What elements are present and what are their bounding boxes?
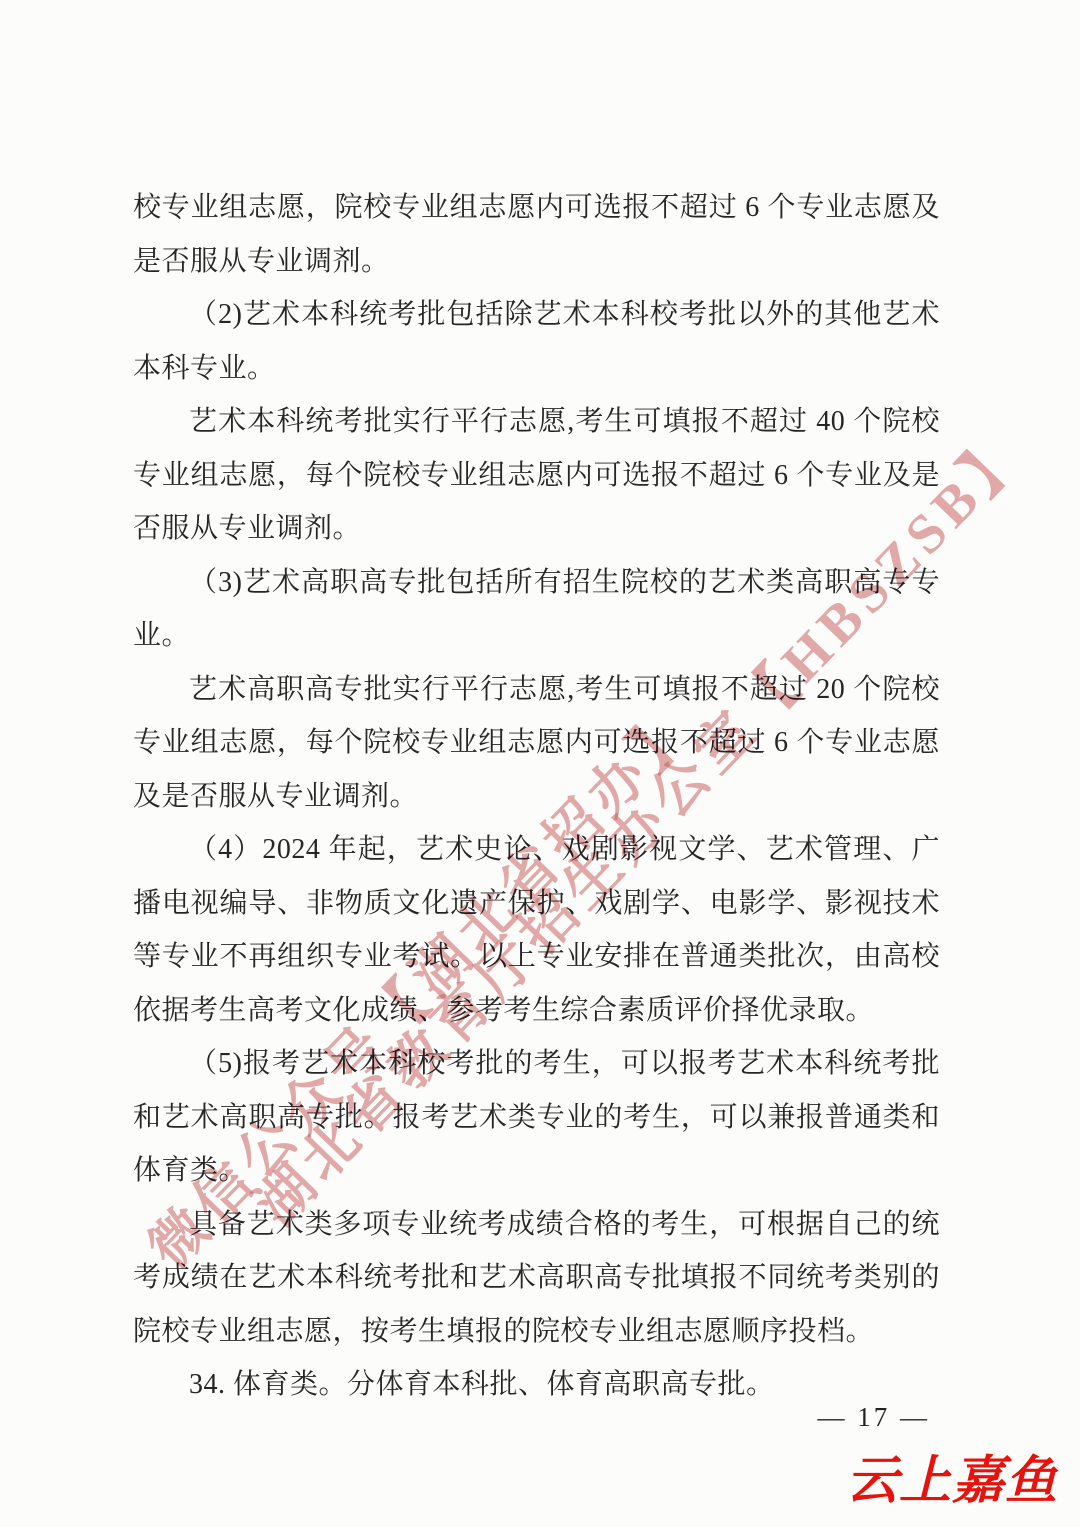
text-line: 依据考生高考文化成绩、参考考生综合素质评价择优录取。 xyxy=(133,984,940,1038)
text-line: 播电视编导、非物质文化遗产保护、戏剧学、电影学、影视技术 xyxy=(133,877,940,931)
page-number: — 17 — xyxy=(818,1402,931,1433)
site-logo-text: 云上嘉鱼 xyxy=(846,1438,1058,1513)
text-line: 和艺术高职高专批。报考艺术类专业的考生，可以兼报普通类和 xyxy=(133,1091,940,1145)
text-line: 院校专业组志愿，按考生填报的院校专业组志愿顺序投档。 xyxy=(133,1305,940,1359)
text-line: 业。 xyxy=(133,609,940,663)
text-line: 具备艺术类多项专业统考成绩合格的考生，可根据自己的统 xyxy=(133,1198,940,1252)
text-line: （2)艺术本科统考批包括除艺术本科校考批以外的其他艺术 xyxy=(133,288,940,342)
text-line: （3)艺术高职高专批包括所有招生院校的艺术类高职高专专 xyxy=(133,556,940,610)
text-line: 本科专业。 xyxy=(133,342,940,396)
text-line: 艺术高职高专批实行平行志愿,考生可填报不超过 20 个院校 xyxy=(133,663,940,717)
text-line: 等专业不再组织专业考试。以上专业安排在普通类批次，由高校 xyxy=(133,930,940,984)
text-line: （5)报考艺术本科校考批的考生，可以报考艺术本科统考批 xyxy=(133,1037,940,1091)
text-line: （4）2024 年起，艺术史论、戏剧影视文学、艺术管理、广 xyxy=(133,823,940,877)
text-line: 专业组志愿，每个院校专业组志愿内可选报不超过 6 个专业志愿 xyxy=(133,716,940,770)
text-line: 考成绩在艺术本科统考批和艺术高职高专批填报不同统考类别的 xyxy=(133,1251,940,1305)
document-page: 校专业组志愿，院校专业组志愿内可选报不超过 6 个专业志愿及是否服从专业调剂。（… xyxy=(0,0,1080,1527)
text-line: 否服从专业调剂。 xyxy=(133,502,940,556)
text-line: 专业组志愿，每个院校专业组志愿内可选报不超过 6 个专业及是 xyxy=(133,449,940,503)
text-line: 艺术本科统考批实行平行志愿,考生可填报不超过 40 个院校 xyxy=(133,395,940,449)
text-line: 体育类。 xyxy=(133,1144,940,1198)
text-line: 是否服从专业调剂。 xyxy=(133,235,940,289)
text-line: 及是否服从专业调剂。 xyxy=(133,770,940,824)
body-text: 校专业组志愿，院校专业组志愿内可选报不超过 6 个专业志愿及是否服从专业调剂。（… xyxy=(133,181,940,1412)
text-line: 校专业组志愿，院校专业组志愿内可选报不超过 6 个专业志愿及 xyxy=(133,181,940,235)
